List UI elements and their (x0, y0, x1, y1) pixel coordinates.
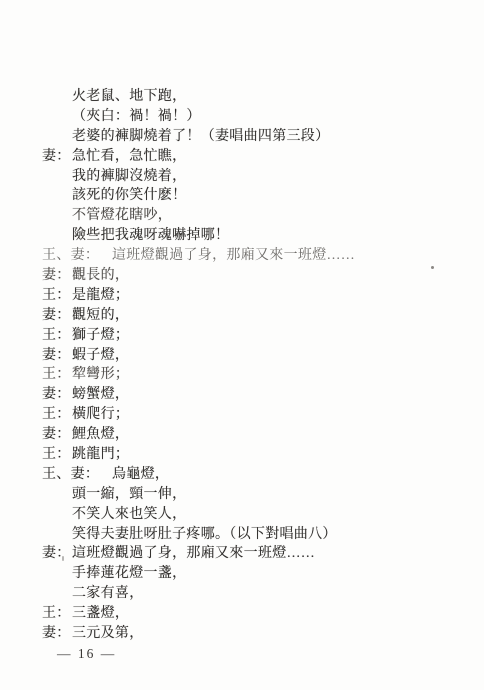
script-line: 不管燈花瞎吵， (0, 206, 484, 226)
dialogue-text: 螃蟹燈， (72, 387, 129, 402)
script-line: 王：橫爬行； (0, 405, 484, 425)
speaker-label: 妻： (42, 425, 71, 445)
script-line: 險些把我魂呀魂嚇掉哪！ (0, 226, 484, 246)
speaker-label: 妻： (42, 266, 71, 286)
page-number: — 16 — (57, 646, 116, 662)
script-line: 王：獅子燈； (0, 326, 484, 346)
script-line: 笑得夫妻肚呀肚子疼哪。（以下對唱曲八） (0, 525, 484, 545)
script-line: 王、妻：烏龜燈， (0, 465, 484, 485)
dialogue-text: 是龍燈； (72, 288, 129, 303)
script-line: 我的褲脚沒燒着， (0, 167, 484, 187)
dialogue-text: 火老鼠、地下跑， (72, 89, 186, 104)
script-line: 妻：這班燈觀過了身，那廂又來一班燈…… (0, 544, 484, 564)
dialogue-text: 笑得夫妻肚呀肚子疼哪。（以下對唱曲八） (72, 527, 337, 542)
script-line: 妻：三元及第， (0, 624, 484, 644)
speaker-label: 妻： (42, 147, 71, 167)
dialogue-text: 險些把我魂呀魂嚇掉哪！ (72, 228, 229, 243)
script-line: 妻：觀短的， (0, 306, 484, 326)
speaker-label: 妻： (42, 385, 71, 405)
speaker-label: 王： (42, 286, 71, 306)
speaker-label: 王： (42, 326, 71, 346)
speaker-label: 妻： (42, 624, 71, 644)
dialogue-text: 我的褲脚沒燒着， (72, 169, 186, 184)
script-line: 該死的你笑什麽！ (0, 186, 484, 206)
dialogue-text: 老婆的褲脚燒着了！（妻唱曲四第三段） (72, 129, 329, 144)
script-body: 火老鼠、地下跑，（夾白：禍！禍！）老婆的褲脚燒着了！（妻唱曲四第三段）妻：急忙看… (0, 87, 484, 644)
script-line: 妻：觀長的， (0, 266, 484, 286)
dialogue-text: 二家有喜， (72, 586, 144, 601)
dialogue-text: 頭一縮，頸一伸， (72, 487, 186, 502)
dialogue-text: 獅子燈； (72, 328, 129, 343)
script-line: 王：跳龍門； (0, 445, 484, 465)
speaker-label: 王、妻： (42, 246, 99, 266)
script-line: 妻：螃蟹燈， (0, 385, 484, 405)
speaker-label: 妻： (42, 544, 71, 564)
script-line: 王、妻：這班燈觀過了身，那廂又來一班燈…… (0, 246, 484, 266)
document-page: 火老鼠、地下跑，（夾白：禍！禍！）老婆的褲脚燒着了！（妻唱曲四第三段）妻：急忙看… (0, 0, 484, 690)
dialogue-text: 觀短的， (72, 308, 129, 323)
dialogue-text: 不管燈花瞎吵， (72, 208, 172, 223)
speaker-label: 王： (42, 445, 71, 465)
script-line: 妻：急忙看，急忙瞧， (0, 147, 484, 167)
dialogue-text: （夾白：禍！禍！） (72, 109, 201, 124)
dialogue-text: 三盞燈， (72, 606, 129, 621)
ink-speck-artifact (431, 266, 434, 269)
script-line: 王：犂彎形； (0, 365, 484, 385)
dialogue-text: 不笑人來也笑人， (72, 507, 186, 522)
script-line: 手捧蓮花燈一盞， (0, 564, 484, 584)
dialogue-text: 三元及第， (72, 626, 144, 641)
dialogue-text: 鯉魚燈， (72, 427, 129, 442)
dialogue-text: 犂彎形； (72, 367, 129, 382)
dialogue-text: 急忙看，急忙瞧， (72, 149, 186, 164)
script-line: 王：是龍燈； (0, 286, 484, 306)
speaker-label: 王： (42, 365, 71, 385)
speaker-label: 王、妻： (42, 465, 99, 485)
dialogue-text: 跳龍門； (72, 447, 129, 462)
ink-speck-artifact (62, 556, 64, 561)
speaker-label: 王： (42, 405, 71, 425)
speaker-label: 王： (42, 604, 71, 624)
script-line: 王：三盞燈， (0, 604, 484, 624)
speaker-label: 妻： (42, 306, 71, 326)
script-line: 火老鼠、地下跑， (0, 87, 484, 107)
script-line: 不笑人來也笑人， (0, 505, 484, 525)
dialogue-text: 橫爬行； (72, 407, 129, 422)
script-line: （夾白：禍！禍！） (0, 107, 484, 127)
script-line: 妻：鯉魚燈， (0, 425, 484, 445)
dialogue-text: 觀長的， (72, 268, 129, 283)
dialogue-text: 這班燈觀過了身，那廂又來一班燈…… (72, 546, 315, 561)
script-line: 頭一縮，頸一伸， (0, 485, 484, 505)
script-line: 妻：蝦子燈， (0, 346, 484, 366)
dialogue-text: 這班燈觀過了身，那廂又來一班燈…… (112, 248, 355, 263)
speaker-label: 妻： (42, 346, 71, 366)
dialogue-text: 烏龜燈， (112, 467, 169, 482)
dialogue-text: 蝦子燈， (72, 348, 129, 363)
dialogue-text: 手捧蓮花燈一盞， (72, 566, 186, 581)
dialogue-text: 該死的你笑什麽！ (72, 188, 186, 203)
script-line: 二家有喜， (0, 584, 484, 604)
script-line: 老婆的褲脚燒着了！（妻唱曲四第三段） (0, 127, 484, 147)
